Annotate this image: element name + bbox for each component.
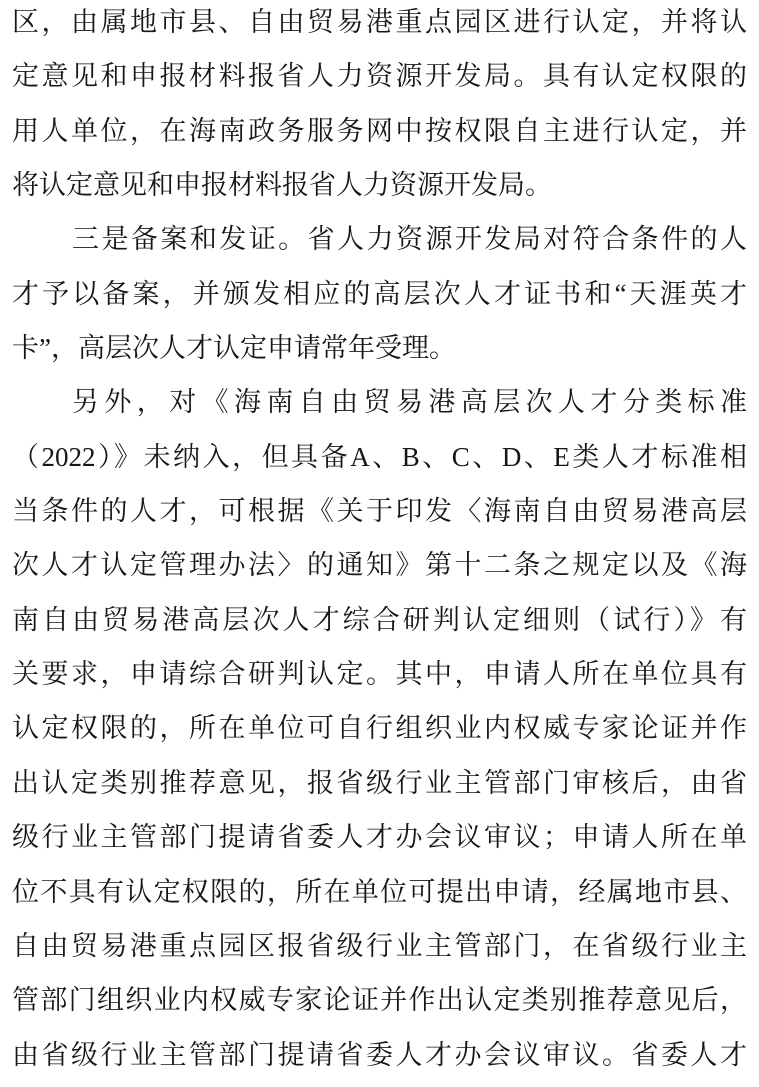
text-line: 南自由贸易港高层次人才综合研判认定细则（试行）》有 xyxy=(12,593,747,647)
text-line: 管部门组织业内权威专家论证并作出认定类别推荐意见后， xyxy=(12,973,747,1027)
text-line: 卡”，高层次人才认定申请常年受理。 xyxy=(12,321,747,375)
text-line: 当条件的人才，可根据《关于印发〈海南自由贸易港高层 xyxy=(12,484,747,538)
text-line: 认定权限的，所在单位可自行组织业内权威专家论证并作 xyxy=(12,701,747,755)
text-line: 才予以备案，并颁发相应的高层次人才证书和“天涯英才 xyxy=(12,267,747,321)
text-line: 将认定意见和申报材料报省人力资源开发局。 xyxy=(12,158,747,212)
text-line: 自由贸易港重点园区报省级行业主管部门，在省级行业主 xyxy=(12,919,747,973)
text-line: 另外，对《海南自由贸易港高层次人才分类标准 xyxy=(12,375,747,429)
text-line: 用人单位，在海南政务服务网中按权限自主进行认定，并 xyxy=(12,104,747,158)
text-line: 区，由属地市县、自由贸易港重点园区进行认定，并将认 xyxy=(12,0,747,49)
document-page: 区，由属地市县、自由贸易港重点园区进行认定，并将认 定意见和申报材料报省人力资源… xyxy=(0,0,759,1087)
text-line: 次人才认定管理办法〉的通知》第十二条之规定以及《海 xyxy=(12,538,747,592)
text-line: 出认定类别推荐意见，报省级行业主管部门审核后，由省 xyxy=(12,756,747,810)
text-line: 定意见和申报材料报省人力资源开发局。具有认定权限的 xyxy=(12,49,747,103)
text-line: 由省级行业主管部门提请省委人才办会议审议。省委人才 xyxy=(12,1028,747,1082)
text-line: （2022）》未纳入，但具备A、B、C、D、E类人才标准相 xyxy=(12,430,747,484)
text-line: 级行业主管部门提请省委人才办会议审议；申请人所在单 xyxy=(12,810,747,864)
text-line: 位不具有认定权限的，所在单位可提出申请，经属地市县、 xyxy=(12,865,747,919)
text-block: 区，由属地市县、自由贸易港重点园区进行认定，并将认 定意见和申报材料报省人力资源… xyxy=(0,0,759,1082)
text-line: 三是备案和发证。省人力资源开发局对符合条件的人 xyxy=(12,212,747,266)
text-line: 关要求，申请综合研判认定。其中，申请人所在单位具有 xyxy=(12,647,747,701)
